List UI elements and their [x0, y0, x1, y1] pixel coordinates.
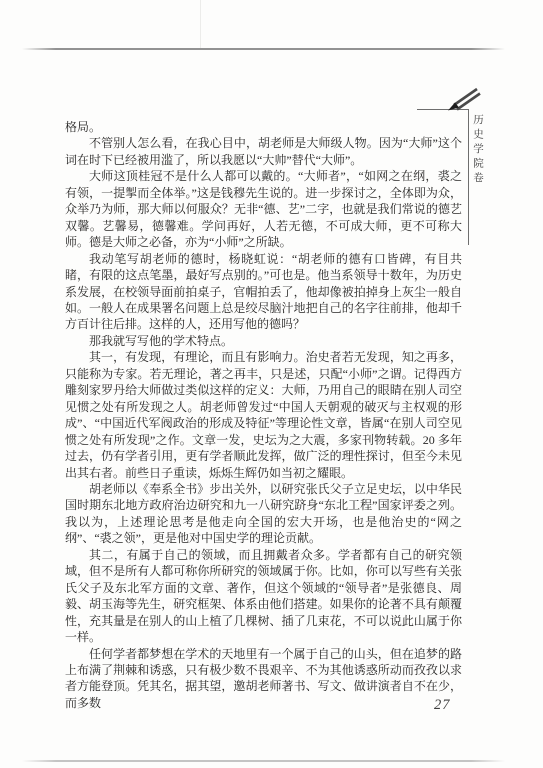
margin-volume-label: 历史学院卷: [470, 114, 485, 187]
paragraph: 那我就写写他的学术特点。: [65, 333, 462, 349]
article-body: 格局。 不管别人怎么看，在我心目中，胡老师是大师级人物。因为“大师”这个词在时下…: [65, 119, 462, 711]
page-top-edge: [22, 48, 505, 50]
paragraph: 胡老师以《奉系全书》步出关外，以研究张氏父子立足史坛，以中华民国时期东北地方政府…: [65, 481, 462, 547]
paragraph: 其二，有属于自己的领域，而且拥戴者众多。学者都有自己的研究领域，但不是所有人都可…: [65, 547, 462, 646]
paragraph: 不管别人怎么看，在我心目中，胡老师是大师级人物。因为“大师”这个词在时下已经被用…: [65, 135, 462, 168]
paragraph: 我动笔写胡老师的德时，杨晓虹说：“胡老师的德有口皆碑，有目共睹，有限的这点笔墨，…: [65, 251, 462, 333]
page-bottom-edge: [22, 760, 505, 762]
paragraph: 格局。: [65, 119, 462, 135]
paragraph: 任何学者都梦想在学术的天地里有一个属于自己的山头，但在追梦的路上布满了荆棘和诱惑…: [65, 646, 462, 712]
pen-icon: [446, 85, 482, 111]
paragraph: 其一，有发现，有理论，而且有影响力。治史者若无发现，知之再多，只能称为专家。若无…: [65, 349, 462, 481]
paragraph: 大师这顶桂冠不是什么人都可以戴的。“大师者”，“如网之在纲，裘之有领，一提掣而全…: [65, 168, 462, 250]
scan-streak: [200, 0, 201, 48]
page-number: 27: [434, 697, 451, 714]
